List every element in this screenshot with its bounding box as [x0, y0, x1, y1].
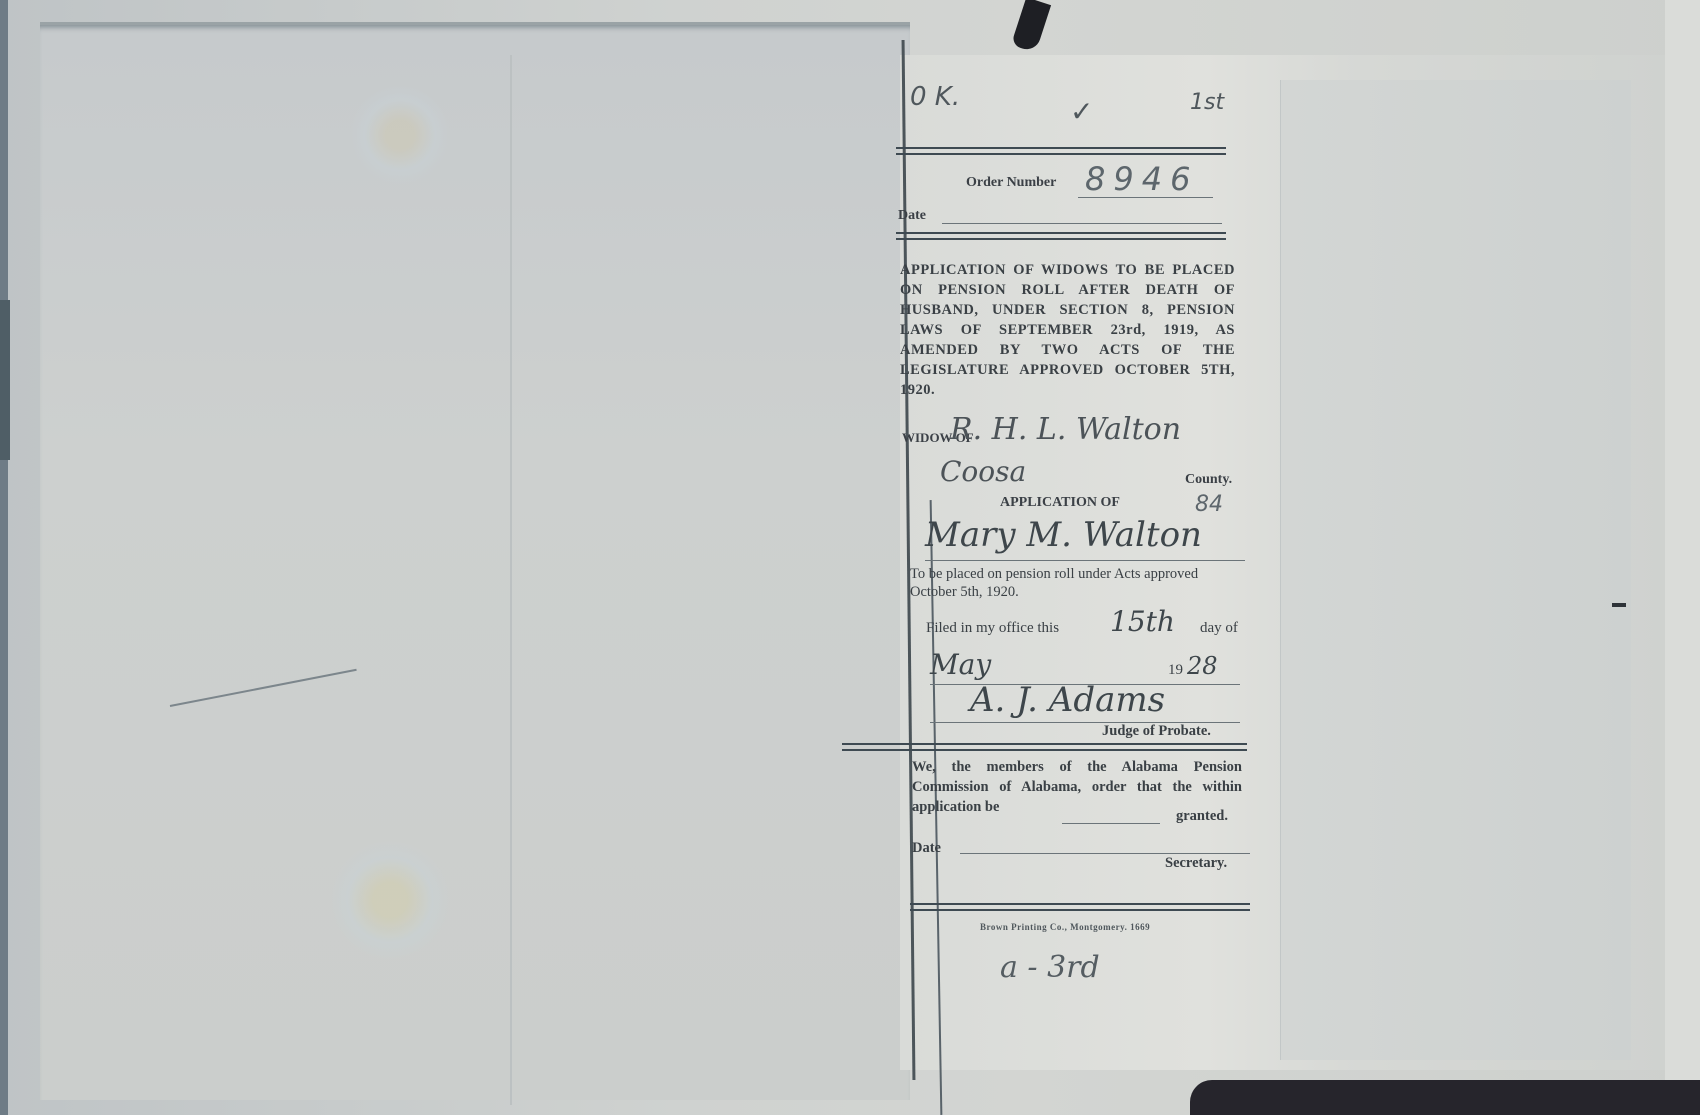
pension-application-form: 0 K. ✓ 1st Order Number 8946 Date APPLIC…: [890, 60, 1270, 1060]
left-edge: [0, 0, 8, 1115]
secretary-label: Secretary.: [1165, 855, 1227, 872]
order-number-label: Order Number: [966, 175, 1056, 191]
judge-of-probate-label: Judge of Probate.: [1102, 723, 1211, 740]
double-rule-top: [896, 147, 1226, 155]
stain-ring-bottom: [330, 840, 450, 960]
double-rule-2: [896, 232, 1226, 240]
application-statement: To be placed on pension roll under Acts …: [910, 565, 1240, 601]
folder-right-panel: [1280, 80, 1631, 1060]
husband-name: R. H. L. Walton: [950, 412, 1181, 447]
commission-date-label: Date: [912, 840, 941, 857]
ink-dot: [1612, 603, 1626, 607]
order-number-value: 8946: [1085, 160, 1198, 198]
filed-year-prefix: 19: [1168, 662, 1183, 679]
filed-month: May: [930, 648, 991, 681]
fold-crease: [510, 55, 512, 1105]
application-number-note: 84: [1195, 492, 1223, 517]
order-number-line: [1078, 197, 1213, 198]
order-date-line: [942, 223, 1222, 224]
margin-note-first: 1st: [1190, 90, 1224, 115]
printer-imprint: Brown Printing Co., Montgomery. 1669: [980, 922, 1150, 932]
granted-line: [1062, 823, 1160, 824]
applicant-line: [925, 560, 1245, 561]
filed-day: 15th: [1110, 605, 1175, 638]
margin-note-ok: 0 K.: [910, 82, 960, 112]
application-of-label: APPLICATION OF: [1000, 495, 1120, 511]
order-date-label: Date: [898, 208, 926, 224]
commission-date-line: [960, 853, 1250, 854]
filed-year-suffix: 28: [1187, 652, 1218, 680]
double-rule-bottom: [910, 903, 1250, 911]
applicant-name: Mary M. Walton: [925, 515, 1202, 555]
left-edge-mark: [0, 300, 10, 460]
filed-prefix: Filed in my office this: [926, 620, 1059, 637]
check-mark-icon: ✓: [1070, 95, 1093, 128]
judge-signature: A. J. Adams: [970, 680, 1165, 720]
filed-day-suffix: day of: [1200, 620, 1238, 637]
county-value: Coosa: [940, 455, 1026, 488]
dark-surface: [1190, 1080, 1700, 1115]
margin-note-bottom: a - 3rd: [1000, 950, 1100, 985]
folder-left-panel: [40, 22, 910, 1100]
double-rule-3: [842, 743, 1247, 751]
right-edge: [1665, 0, 1700, 1115]
county-label: County.: [1185, 472, 1232, 488]
stain-ring-top: [350, 85, 450, 185]
granted-label: granted.: [1176, 808, 1228, 825]
form-title: APPLICATION OF WIDOWS TO BE PLACED ON PE…: [900, 260, 1235, 400]
